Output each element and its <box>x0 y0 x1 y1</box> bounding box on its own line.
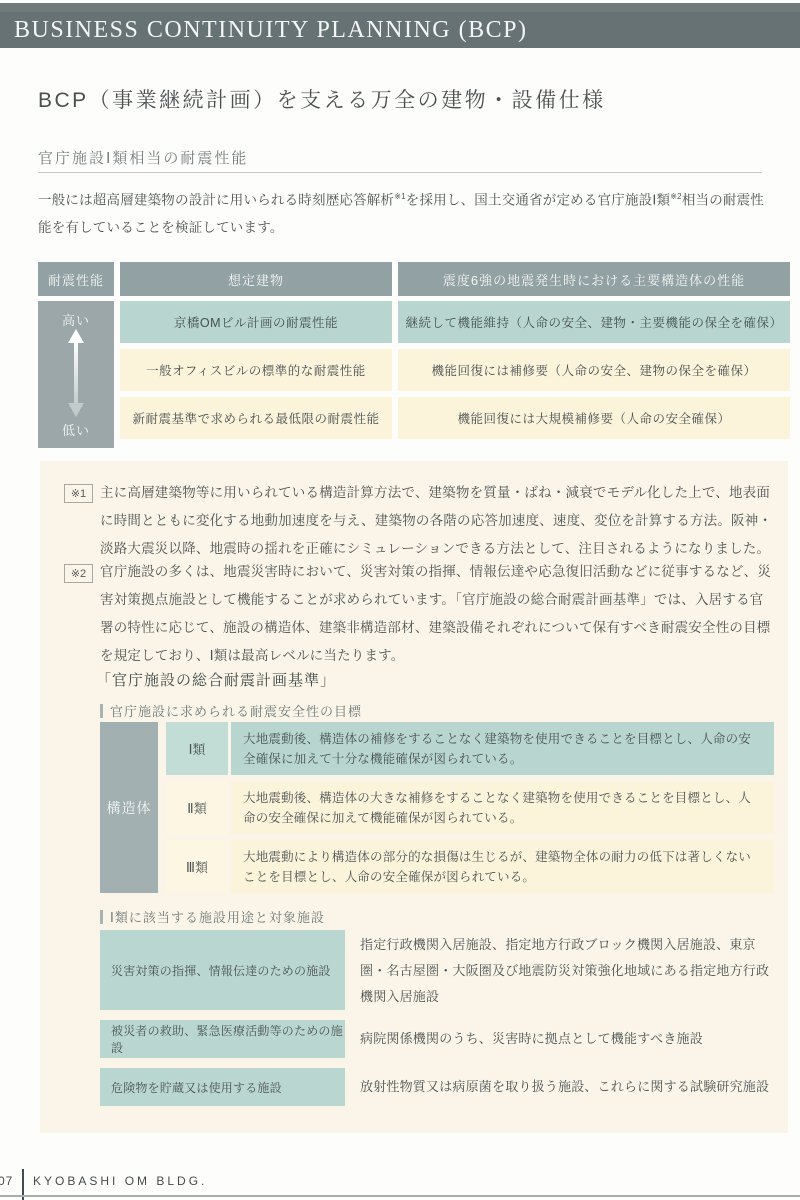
note-marker: ※1 <box>64 484 93 503</box>
intro-text-1: 一般には超高層建築物の設計に用いられる時刻歴応答解析 <box>38 193 394 208</box>
structure-class-table: 構造体 Ⅰ類 大地震動後、構造体の補修をすることなく建築物を使用できることを目標… <box>100 722 774 893</box>
facility-target-text: 放射性物質又は病原菌を取り扱う施設、これらに関する試験研究施設 <box>345 1068 774 1106</box>
table-row: Ⅲ類 大地震動により構造体の部分的な損傷は生じるが、建築物全体の耐力の低下は著し… <box>166 840 774 893</box>
class-description: 大地震動後、構造体の大きな補修をすることなく建築物を使用できることを目標とし、人… <box>231 781 774 834</box>
performance-cell: 継続して機能維持（人命の安全、建物・主要機能の保全を確保） <box>398 301 790 343</box>
page-number: 07 <box>0 1174 13 1188</box>
note-ref-2: ※2 <box>670 192 682 201</box>
page-title: BCP（事業継続計画）を支える万全の建物・設備仕様 <box>38 84 606 114</box>
footer-brand: KYOBASHI OM BLDG. <box>33 1174 207 1188</box>
class-cell: Ⅱ類 <box>166 781 228 834</box>
performance-cell: 機能回復には大規模補修要（人命の安全確保） <box>398 397 790 439</box>
table-row: Ⅱ類 大地震動後、構造体の大きな補修をすることなく建築物を使用できることを目標と… <box>166 781 774 834</box>
banner: BUSINESS CONTINUITY PLANNING (BCP) <box>0 12 800 48</box>
column-header-structure: 震度6強の地震発生時における主要構造体の性能 <box>398 262 790 296</box>
column-header-building: 想定建物 <box>120 262 392 296</box>
subheading-label: Ⅰ類に該当する施設用途と対象施設 <box>110 907 325 926</box>
footer-rule <box>0 1195 800 1197</box>
subheading-label: 官庁施設に求められる耐震安全性の目標 <box>110 701 362 720</box>
table-row: 新耐震基準で求められる最低限の耐震性能 機能回復には大規模補修要（人命の安全確保… <box>120 397 790 439</box>
section-heading: 官庁施設Ⅰ類相当の耐震性能 <box>38 147 248 168</box>
top-edge-strip <box>0 3 800 12</box>
class1-facility-list: 災害対策の指揮、情報伝達のための施設 指定行政機関入居施設、指定地方行政ブロック… <box>100 930 774 1106</box>
building-cell: 新耐震基準で求められる最低限の耐震性能 <box>120 397 392 439</box>
facility-target-text: 指定行政機関入居施設、指定地方行政ブロック機関入居施設、東京圏・名古屋圏・大阪圏… <box>345 930 774 1010</box>
seismic-performance-table: 耐震性能 想定建物 震度6強の地震発生時における主要構造体の性能 高い <box>38 262 790 448</box>
class-cell: Ⅲ類 <box>166 840 228 893</box>
subheading-bar <box>100 910 103 924</box>
updown-arrow-icon <box>67 329 85 420</box>
performance-scale-axis: 高い 低い <box>38 301 114 448</box>
standard-subheading: 官庁施設に求められる耐震安全性の目標 <box>100 701 362 720</box>
facility-use-label: 被災者の救助、緊急医療活動等のための施設 <box>100 1020 345 1058</box>
section-rule <box>38 172 762 173</box>
axis-label-high: 高い <box>62 310 90 329</box>
table-row: 一般オフィスビルの標準的な耐震性能 機能回復には補修要（人命の安全、建物の保全を… <box>120 349 790 391</box>
facility-use-label: 危険物を貯蔵又は使用する施設 <box>100 1068 345 1106</box>
table-row: Ⅰ類 大地震動後、構造体の補修をすることなく建築物を使用できることを目標とし、人… <box>166 722 774 775</box>
performance-cell: 機能回復には補修要（人命の安全、建物の保全を確保） <box>398 349 790 391</box>
row-header-structure: 構造体 <box>100 722 158 893</box>
intro-paragraph: 一般には超高層建築物の設計に用いられる時刻歴応答解析※1を採用し、国土交通省が定… <box>38 183 770 241</box>
intro-text-2: を採用し、国土交通省が定める官庁施設Ⅰ類 <box>406 193 670 208</box>
table-header-row: 耐震性能 想定建物 震度6強の地震発生時における主要構造体の性能 <box>38 262 790 296</box>
facility-use-label: 災害対策の指揮、情報伝達のための施設 <box>100 930 345 1010</box>
list-item: 危険物を貯蔵又は使用する施設 放射性物質又は病原菌を取り扱う施設、これらに関する… <box>100 1068 774 1106</box>
class-description: 大地震動後、構造体の補修をすることなく建築物を使用できることを目標とし、人命の安… <box>231 722 774 775</box>
class1-subheading: Ⅰ類に該当する施設用途と対象施設 <box>100 907 325 926</box>
column-header-performance: 耐震性能 <box>38 262 114 296</box>
facility-target-text: 病院関係機関のうち、災害時に拠点として機能すべき施設 <box>345 1020 774 1058</box>
list-item: 被災者の救助、緊急医療活動等のための施設 病院関係機関のうち、災害時に拠点として… <box>100 1020 774 1058</box>
list-item: 災害対策の指揮、情報伝達のための施設 指定行政機関入居施設、指定地方行政ブロック… <box>100 930 774 1010</box>
note-ref-1: ※1 <box>394 192 406 201</box>
subheading-bar <box>100 704 103 718</box>
class-description: 大地震動により構造体の部分的な損傷は生じるが、建築物全体の耐力の低下は著しくない… <box>231 840 774 893</box>
banner-title: BUSINESS CONTINUITY PLANNING (BCP) <box>14 17 527 44</box>
building-cell: 京橋OMビル計画の耐震性能 <box>120 301 392 343</box>
note-text: 主に高層建築物等に用いられている構造計算方法で、建築物を質量・ばね・減衰でモデル… <box>100 479 776 563</box>
note-marker: ※2 <box>64 564 93 583</box>
note-text: 官庁施設の多くは、地震災害時において、災害対策の指揮、情報伝達や応急復旧活動など… <box>100 558 776 670</box>
building-cell: 一般オフィスビルの標準的な耐震性能 <box>120 349 392 391</box>
axis-label-low: 低い <box>62 420 90 439</box>
class-cell: Ⅰ類 <box>166 722 228 775</box>
standard-heading: 「官庁施設の総合耐震計画基準」 <box>96 669 336 690</box>
table-row: 京橋OMビル計画の耐震性能 継続して機能維持（人命の安全、建物・主要機能の保全を… <box>120 301 790 343</box>
